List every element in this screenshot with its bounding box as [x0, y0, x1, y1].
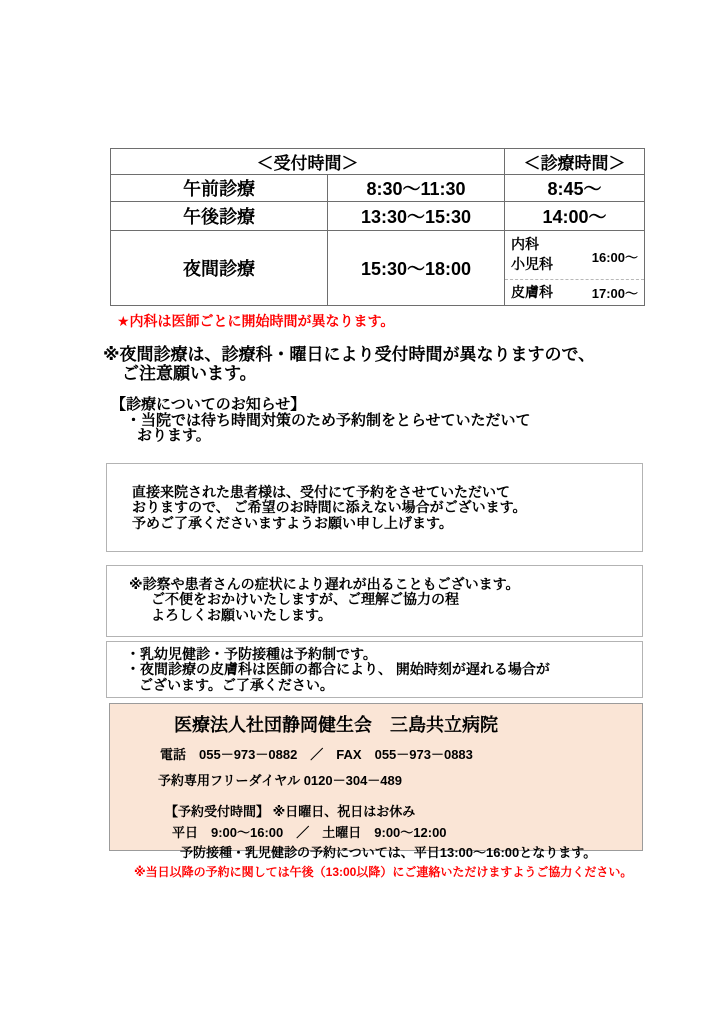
announcement-title: 【診療についてのお知らせ】: [111, 397, 531, 413]
afternoon-reception-time: 13:30～15:30: [328, 202, 505, 231]
reservation-hours-title: 【予約受付時間】 ※日曜日、祝日はお休み: [165, 801, 642, 820]
announcement-line2: おります。: [137, 428, 531, 444]
consultation-announcement: 【診療についてのお知らせ】 ・当院では待ち時間対策のため予約制をとらせていただい…: [111, 397, 531, 444]
afternoon-row-label: 午後診療: [111, 202, 328, 231]
evening-upper-start-time: 16:00～: [592, 247, 638, 266]
morning-row-label: 午前診療: [111, 175, 328, 202]
dept-dermatology: 皮膚科: [511, 282, 553, 302]
morning-consultation-time: 8:45～: [505, 175, 645, 202]
same-day-reservation-note: ※当日以降の予約に関しては午後（13:00以降）にご連絡いただけますようご協力く…: [134, 863, 642, 880]
delay-line1: ※診察や患者さんの症状により遅れが出ることもございます。: [129, 577, 634, 592]
evening-caution-line2: ご注意願います。: [122, 364, 595, 383]
announcement-line1: ・当院では待ち時間対策のため予約制をとらせていただいて: [126, 413, 531, 429]
evening-reception-time: 15:30～18:00: [328, 231, 505, 306]
hospital-info-box: 医療法人社団静岡健生会 三島共立病院 電話 055－973－0882 ／ FAX…: [109, 703, 643, 851]
clinic-hours-notice-page: ＜受付時間＞ ＜診療時間＞ 午前診療 8:30～11:30 8:45～ 午後診療…: [0, 0, 724, 1024]
morning-row: 午前診療 8:30～11:30 8:45～: [111, 175, 645, 202]
checkup-line3: ございます。ご了承ください。: [139, 678, 634, 693]
free-dial-line: 予約専用フリーダイヤル 0120－304－489: [158, 770, 642, 789]
evening-upper-departments: 内科 小児科: [511, 234, 553, 279]
internal-medicine-start-note: ★内科は医師ごとに開始時間が異なります。: [117, 311, 394, 331]
afternoon-consultation-time: 14:00～: [505, 202, 645, 231]
evening-row-label: 夜間診療: [111, 231, 328, 306]
checkup-line1: ・乳幼児健診・予防接種は予約制です。: [126, 647, 634, 662]
hours-table: ＜受付時間＞ ＜診療時間＞ 午前診療 8:30～11:30 8:45～ 午後診療…: [110, 148, 645, 306]
walk-in-line3: 予めご了承くださいますようお願い申し上げます。: [132, 516, 634, 531]
morning-reception-time: 8:30～11:30: [328, 175, 505, 202]
delay-line2: ご不便をおかけいたしますが、ご理解ご協力の程: [151, 592, 634, 607]
hospital-name: 医療法人社団静岡健生会 三島共立病院: [174, 711, 642, 737]
evening-lower-start-time: 17:00～: [592, 283, 638, 302]
reservation-hours-vaccine: 予防接種・乳児健診の予約については、平日13:00～16:00となります。: [180, 842, 642, 861]
walk-in-reservation-box: 直接来院された患者様は、受付にて予約をさせていただいて おりますので、 ご希望の…: [106, 463, 643, 552]
walk-in-line2: おりますので、 ご希望のお時間に添えない場合がございます。: [132, 500, 634, 515]
delay-notice-box: ※診察や患者さんの症状により遅れが出ることもございます。 ご不便をおかけいたしま…: [106, 565, 643, 637]
consultation-hours-header: ＜診療時間＞: [505, 149, 645, 175]
evening-hours-caution: ※夜間診療は、診療科・曜日により受付時間が異なりますので、 ご注意願います。: [103, 345, 595, 383]
walk-in-line1: 直接来院された患者様は、受付にて予約をさせていただいて: [132, 485, 634, 500]
evening-caution-line1: ※夜間診療は、診療科・曜日により受付時間が異なりますので、: [103, 345, 595, 364]
phone-fax-line: 電話 055－973－0882 ／ FAX 055－973－0883: [160, 744, 642, 763]
evening-row: 夜間診療 15:30～18:00 内科 小児科 16:00～ 皮膚科 17:00…: [111, 231, 645, 306]
dept-internal-medicine: 内科: [511, 234, 539, 254]
reception-hours-header: ＜受付時間＞: [111, 149, 505, 175]
checkup-vaccination-box: ・乳幼児健診・予防接種は予約制です。 ・夜間診療の皮膚科は医師の都合により、 開…: [106, 641, 643, 698]
afternoon-row: 午後診療 13:30～15:30 14:00～: [111, 202, 645, 231]
evening-consultation-cell: 内科 小児科 16:00～ 皮膚科 17:00～: [505, 231, 645, 306]
checkup-line2: ・夜間診療の皮膚科は医師の都合により、 開始時刻が遅れる場合が: [126, 662, 634, 677]
evening-upper-subrow: 内科 小児科 16:00～: [505, 231, 644, 279]
evening-lower-subrow: 皮膚科 17:00～: [505, 279, 644, 304]
table-header-row: ＜受付時間＞ ＜診療時間＞: [111, 149, 645, 175]
dept-pediatrics: 小児科: [511, 254, 553, 274]
reservation-hours-weekday: 平日 9:00～16:00 ／ 土曜日 9:00～12:00: [172, 822, 642, 841]
delay-line3: よろしくお願いいたします。: [151, 608, 634, 623]
